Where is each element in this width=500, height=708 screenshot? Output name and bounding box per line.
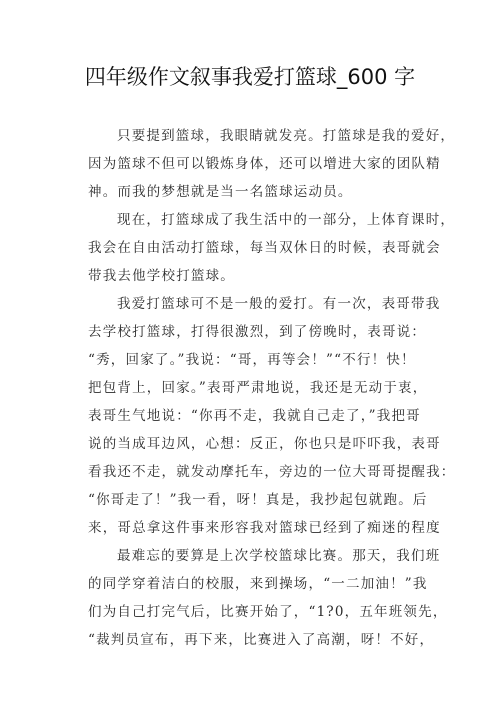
- text-line: “秀，回家了。”我说：“哥，再等会！”“不行！快！: [88, 346, 420, 374]
- document-page: 四年级作文叙事我爱打篮球_600 字 只要提到篮球，我眼睛就发亮。打篮球是我的爱…: [0, 0, 500, 708]
- text-line: 们为自己打完气后，比赛开始了，“1?0，五年班领先，: [88, 598, 420, 626]
- text-line: 说的当成耳边风，心想：反正，你也只是吓吓我，表哥: [88, 430, 420, 458]
- text-line: 神。而我的梦想就是当一名篮球运动员。: [88, 178, 420, 206]
- text-line: 我爱打篮球可不是一般的爱打。有一次，表哥带我: [88, 290, 420, 318]
- text-line: 把包背上，回家。”表哥严肃地说，我还是无动于衷，: [88, 374, 420, 402]
- text-line: 带我去他学校打篮球。: [88, 262, 420, 290]
- text-line: 现在，打篮球成了我生活中的一部分，上体育课时，: [88, 206, 420, 234]
- text-line: 最难忘的要算是上次学校篮球比赛。那天，我们班: [88, 542, 420, 570]
- text-line: 看我还不走，就发动摩托车，旁边的一位大哥哥提醒我：: [88, 458, 420, 486]
- text-line: “裁判员宣布，再下来，比赛进入了高潮，呀！不好，: [88, 626, 420, 654]
- text-line: 只要提到篮球，我眼睛就发亮。打篮球是我的爱好，: [88, 122, 420, 150]
- text-line: 来，哥总拿这件事来形容我对篮球已经到了痴迷的程度: [88, 514, 420, 542]
- text-line: “你哥走了！”我一看，呀！真是，我抄起包就跑。后: [88, 486, 420, 514]
- document-title: 四年级作文叙事我爱打篮球_600 字: [0, 62, 500, 92]
- text-line: 表哥生气地说：“你再不走，我就自己走了，”我把哥: [88, 402, 420, 430]
- text-line: 我会在自由活动打篮球，每当双休日的时候，表哥就会: [88, 234, 420, 262]
- text-line: 去学校打篮球，打得很激烈，到了傍晚时，表哥说：: [88, 318, 420, 346]
- text-line: 因为篮球不但可以锻炼身体，还可以增进大家的团队精: [88, 150, 420, 178]
- text-line: 的同学穿着洁白的校服，来到操场，“一二加油！”我: [88, 570, 420, 598]
- document-body: 只要提到篮球，我眼睛就发亮。打篮球是我的爱好， 因为篮球不但可以锻炼身体，还可以…: [88, 122, 420, 654]
